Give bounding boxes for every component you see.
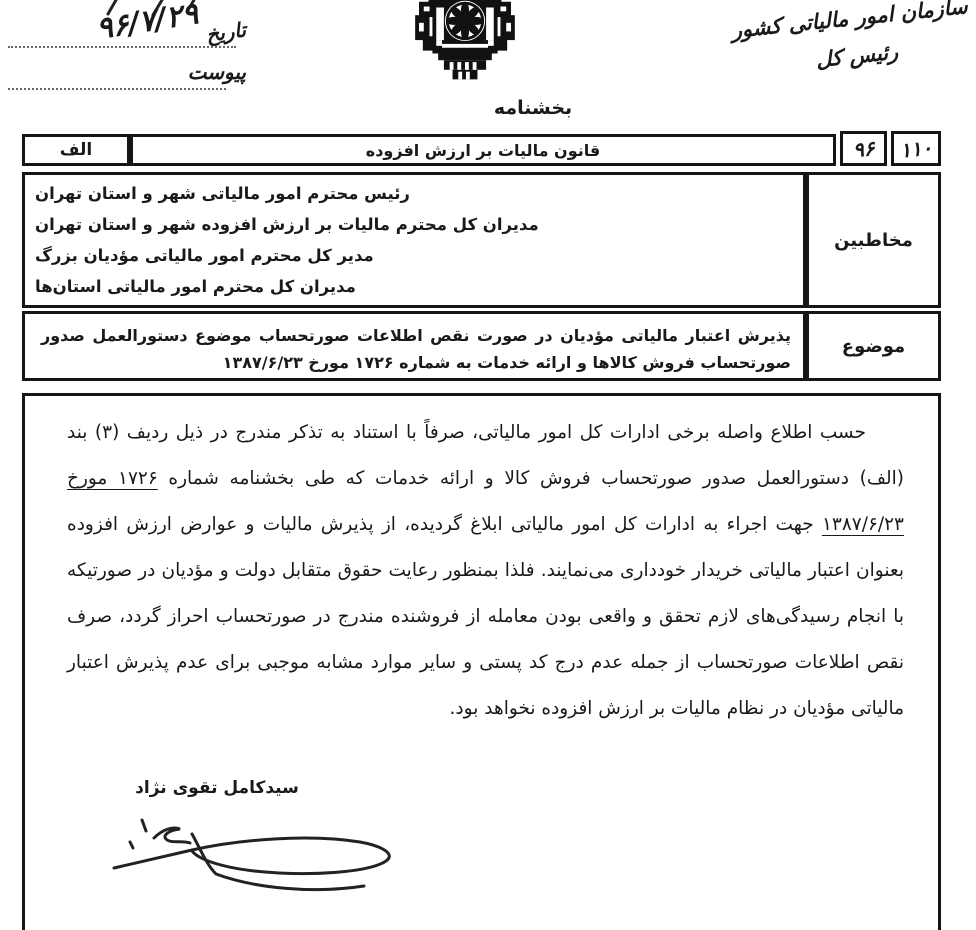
org-letterhead: سازمان امور مالیاتی کشور رئیس کل (737, 0, 972, 80)
law-title-cell: قانون مالیات بر ارزش افزوده (130, 134, 836, 166)
tax-organization-emblem-icon (403, 0, 527, 88)
recipient-line: رئیس محترم امور مالیاتی شهر و استان تهرا… (35, 178, 410, 209)
handwritten-date: ۹۶/۷/۲۹ (93, 0, 200, 47)
date-attachment-block: ۹۶/۷/۲۹ تاریخ پیوست (0, 0, 260, 100)
circular-year-cell: ۹۶ (840, 131, 887, 166)
circular-serial-number: ۱۱۰ (899, 135, 934, 162)
document-type-title: بخشنامه (488, 97, 578, 119)
recipients-label: مخاطبین (806, 172, 941, 308)
recipient-line: مدیر کل محترم امور مالیاتی مؤدیان بزرگ (35, 240, 374, 271)
recipients-list: رئیس محترم امور مالیاتی شهر و استان تهرا… (22, 172, 806, 308)
attachment-dotted-line (8, 88, 226, 90)
body-text-part2: جهت اجراء به ادارات کل امور مالیاتی ابلا… (67, 514, 904, 719)
body-text-part1: حسب اطلاع واصله برخی ادارات کل امور مالی… (67, 422, 904, 489)
handwritten-signature-icon (96, 806, 408, 902)
circular-serial-number-cell: ۱۱۰ (891, 131, 941, 166)
scanned-circular-page: ۹۶/۷/۲۹ تاریخ پیوست (0, 0, 976, 930)
org-role: رئیس کل (741, 32, 972, 80)
circular-year: ۹۶ (852, 135, 876, 161)
letter-body-paragraph: حسب اطلاع واصله برخی ادارات کل امور مالی… (67, 410, 904, 732)
attachment-label: پیوست (188, 60, 246, 84)
date-label: تاریخ (205, 17, 248, 46)
signatory-name: سیدکامل تقوی نژاد (132, 778, 302, 798)
classification-cell: الف (22, 134, 130, 166)
subject-text: پذیرش اعتبار مالیاتی مؤدیان در صورت نقص … (22, 311, 806, 381)
date-dotted-line (8, 46, 236, 48)
subject-label: موضوع (806, 311, 941, 381)
recipient-line: مدیران کل محترم امور مالیاتی استان‌ها (35, 271, 356, 302)
recipient-line: مدیران کل محترم مالیات بر ارزش افزوده شه… (35, 209, 539, 240)
